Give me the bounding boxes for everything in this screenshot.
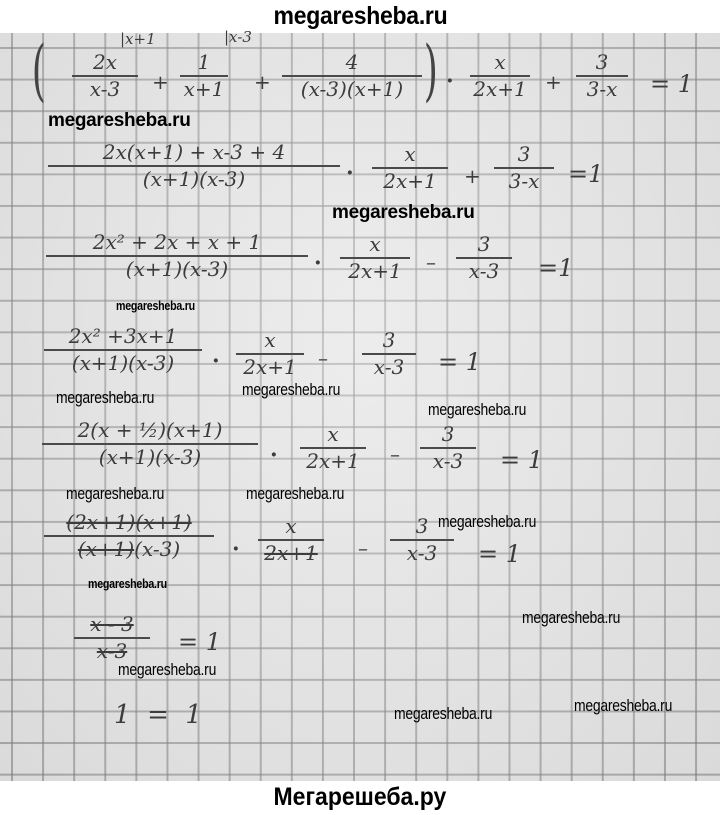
watermark: megaresheba.ru: [574, 696, 672, 716]
plus-sign: +: [464, 164, 481, 188]
watermark: megaresheba.ru: [332, 202, 475, 224]
watermark: megaresheba.ru: [88, 576, 167, 591]
watermark: megaresheba.ru: [118, 660, 216, 680]
watermark: megaresheba.ru: [66, 484, 164, 504]
close-paren: ): [424, 38, 438, 104]
minus-sign: –: [426, 250, 436, 274]
plus-sign: +: [254, 70, 271, 94]
minus-sign: –: [358, 536, 368, 560]
open-paren: (: [32, 38, 46, 104]
multiply-dot: ·: [212, 348, 220, 374]
fraction-term-2: x 2x+1: [236, 330, 304, 378]
watermark: megaresheba.ru: [56, 388, 154, 408]
multiplier-term-1: |x+1: [120, 30, 156, 48]
equals-one: =1: [538, 254, 573, 282]
minus-sign: –: [318, 346, 328, 370]
fraction-term-2: x 2x+1: [372, 144, 448, 192]
fraction-term-3: 3 x-3: [420, 424, 476, 472]
fraction-term-1: 2x x-3: [72, 52, 138, 100]
watermark: megaresheba.ru: [394, 704, 492, 724]
watermark: megaresheba.ru: [438, 512, 536, 532]
fraction-term-5: 3 3-x: [576, 52, 628, 100]
fraction-cancelled: x - 3 x-3: [74, 614, 150, 662]
equals-one: =1: [568, 160, 603, 188]
fraction-term-3: 3 3-x: [494, 144, 554, 192]
multiply-dot: ·: [346, 160, 354, 186]
fraction-term-2: x 2x+1: [340, 234, 410, 282]
equals-one: = 1: [438, 348, 481, 376]
fraction-term-3: 3 x-3: [456, 234, 512, 282]
watermark: megaresheba.ru: [116, 298, 195, 313]
fraction-term-1-cancelled: (2x+1)(x+1) (x+1)(x-3): [44, 512, 214, 560]
equals-one: = 1: [478, 540, 521, 568]
fraction-term-2-cancelled: x 2x+1: [258, 516, 324, 564]
fraction-term-2: x 2x+1: [300, 424, 366, 472]
watermark: megaresheba.ru: [48, 110, 191, 132]
multiply-dot: ·: [314, 250, 322, 276]
watermark: megaresheba.ru: [246, 484, 344, 504]
fraction-term-3: 3 x-3: [362, 330, 416, 378]
multiply-dot: ·: [270, 442, 278, 468]
fraction-term-4: x 2x+1: [470, 52, 530, 100]
equals-one: = 1: [650, 70, 693, 98]
fraction-term-1: 2x² + 2x + x + 1 (x+1)(x-3): [46, 232, 308, 280]
fraction-term-1: 2(x + ½)(x+1) (x+1)(x-3): [42, 420, 258, 468]
watermark: megaresheba.ru: [522, 608, 620, 628]
multiply-dot: ·: [446, 68, 454, 94]
minus-sign: –: [390, 442, 400, 466]
watermark: megaresheba.ru: [242, 380, 340, 400]
multiply-dot: ·: [232, 536, 240, 562]
site-footer: Мегарешеба.ру: [0, 781, 720, 815]
site-footer-title: Мегарешеба.ру: [274, 781, 447, 813]
fraction-term-1: 2x(x+1) + x-3 + 4 (x+1)(x-3): [48, 142, 340, 190]
multiplier-term-2: |x-3: [224, 28, 252, 46]
plus-sign: +: [545, 70, 562, 94]
watermark: megaresheba.ru: [428, 400, 526, 420]
site-header: megaresheba.ru: [0, 0, 720, 33]
plus-sign: +: [152, 70, 169, 94]
equals-one: = 1: [500, 446, 543, 474]
fraction-term-3: 4 (x-3)(x+1): [282, 52, 422, 100]
fraction-term-1: 2x² +3x+1 (x+1)(x-3): [44, 326, 202, 374]
final-result: 1 = 1: [114, 700, 202, 730]
fraction-term-2: 1 x+1: [180, 52, 228, 100]
equals-one: = 1: [178, 628, 221, 656]
site-header-title: megaresheba.ru: [273, 0, 447, 32]
